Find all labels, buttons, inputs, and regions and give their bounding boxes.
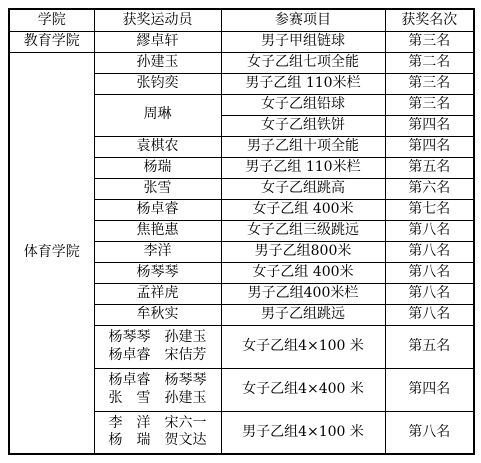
athlete-cell: 杨卓睿 杨琴琴 张 雪 孙建玉 xyxy=(94,368,221,411)
rank-cell: 第四名 xyxy=(385,115,474,136)
athlete-cell: 杨卓睿 xyxy=(94,199,221,220)
athlete-line: 张 雪 孙建玉 xyxy=(95,390,221,408)
event-cell: 女子乙组4×100 米 xyxy=(221,325,385,368)
rank-cell: 第四名 xyxy=(385,368,474,411)
athlete-cell: 周琳 xyxy=(94,94,221,136)
athlete-line: 李 洋 宋六一 xyxy=(95,415,221,433)
college-cell-education: 教育学院 xyxy=(9,31,94,52)
event-cell: 男子乙组十项全能 xyxy=(221,136,385,157)
event-cell: 女子乙组三级跳远 xyxy=(221,220,385,241)
page: 学院 获奖运动员 参赛项目 获奖名次 教育学院 繆卓轩 男子甲组链球 第三名 体… xyxy=(0,0,481,463)
event-cell: 男子乙组 110米栏 xyxy=(221,73,385,94)
event-cell: 女子乙组铁饼 xyxy=(221,115,385,136)
athlete-line: 杨卓睿 宋佶芳 xyxy=(95,347,221,365)
athlete-cell: 孙建玉 xyxy=(94,52,221,73)
athlete-cell: 袁棋农 xyxy=(94,136,221,157)
event-column-header: 参赛项目 xyxy=(221,9,385,31)
rank-cell: 第三名 xyxy=(385,73,474,94)
rank-cell: 第八名 xyxy=(385,262,474,283)
athlete-cell: 杨琴琴 xyxy=(94,262,221,283)
rank-cell: 第三名 xyxy=(385,94,474,115)
event-cell: 男子甲组链球 xyxy=(221,31,385,52)
athlete-line: 杨 瑞 贺文达 xyxy=(95,432,221,450)
rank-cell: 第八名 xyxy=(385,241,474,262)
header-row: 学院 获奖运动员 参赛项目 获奖名次 xyxy=(9,9,474,31)
event-cell: 女子乙组 400米 xyxy=(221,199,385,220)
rank-cell: 第八名 xyxy=(385,220,474,241)
event-cell: 男子乙组跳远 xyxy=(221,304,385,325)
event-cell: 男子乙组 110米栏 xyxy=(221,157,385,178)
event-cell: 男子乙组4×100 米 xyxy=(221,411,385,454)
event-cell: 男子乙组800米 xyxy=(221,241,385,262)
table-row: 教育学院 繆卓轩 男子甲组链球 第三名 xyxy=(9,31,474,52)
event-cell: 女子乙组七项全能 xyxy=(221,52,385,73)
event-cell: 女子乙组 400米 xyxy=(221,262,385,283)
event-cell: 女子乙组4×400 米 xyxy=(221,368,385,411)
athlete-cell: 焦艳惠 xyxy=(94,220,221,241)
event-cell: 男子乙组400米栏 xyxy=(221,283,385,304)
college-column-header: 学院 xyxy=(9,9,94,31)
rank-cell: 第六名 xyxy=(385,178,474,199)
athlete-cell: 李 洋 宋六一 杨 瑞 贺文达 xyxy=(94,411,221,454)
college-cell-sports: 体育学院 xyxy=(9,52,94,454)
rank-cell: 第四名 xyxy=(385,136,474,157)
athlete-column-header: 获奖运动员 xyxy=(94,9,221,31)
rank-cell: 第八名 xyxy=(385,411,474,454)
athlete-line: 杨卓睿 杨琴琴 xyxy=(95,372,221,390)
athlete-cell: 李洋 xyxy=(94,241,221,262)
rank-cell: 第五名 xyxy=(385,325,474,368)
rank-cell: 第八名 xyxy=(385,304,474,325)
athlete-cell: 张雪 xyxy=(94,178,221,199)
athlete-cell: 杨瑞 xyxy=(94,157,221,178)
athlete-cell: 杨琴琴 孙建玉 杨卓睿 宋佶芳 xyxy=(94,325,221,368)
rank-cell: 第八名 xyxy=(385,283,474,304)
event-cell: 女子乙组铅球 xyxy=(221,94,385,115)
rank-cell: 第二名 xyxy=(385,52,474,73)
athlete-cell: 孟祥虎 xyxy=(94,283,221,304)
rank-column-header: 获奖名次 xyxy=(385,9,474,31)
athlete-cell: 繆卓轩 xyxy=(94,31,221,52)
athlete-cell: 牟秋实 xyxy=(94,304,221,325)
table-row: 体育学院 孙建玉 女子乙组七项全能 第二名 xyxy=(9,52,474,73)
awards-table: 学院 获奖运动员 参赛项目 获奖名次 教育学院 繆卓轩 男子甲组链球 第三名 体… xyxy=(8,8,475,455)
rank-cell: 第五名 xyxy=(385,157,474,178)
event-cell: 女子乙组跳高 xyxy=(221,178,385,199)
rank-cell: 第七名 xyxy=(385,199,474,220)
athlete-cell: 张钧奕 xyxy=(94,73,221,94)
rank-cell: 第三名 xyxy=(385,31,474,52)
athlete-line: 杨琴琴 孙建玉 xyxy=(95,329,221,347)
